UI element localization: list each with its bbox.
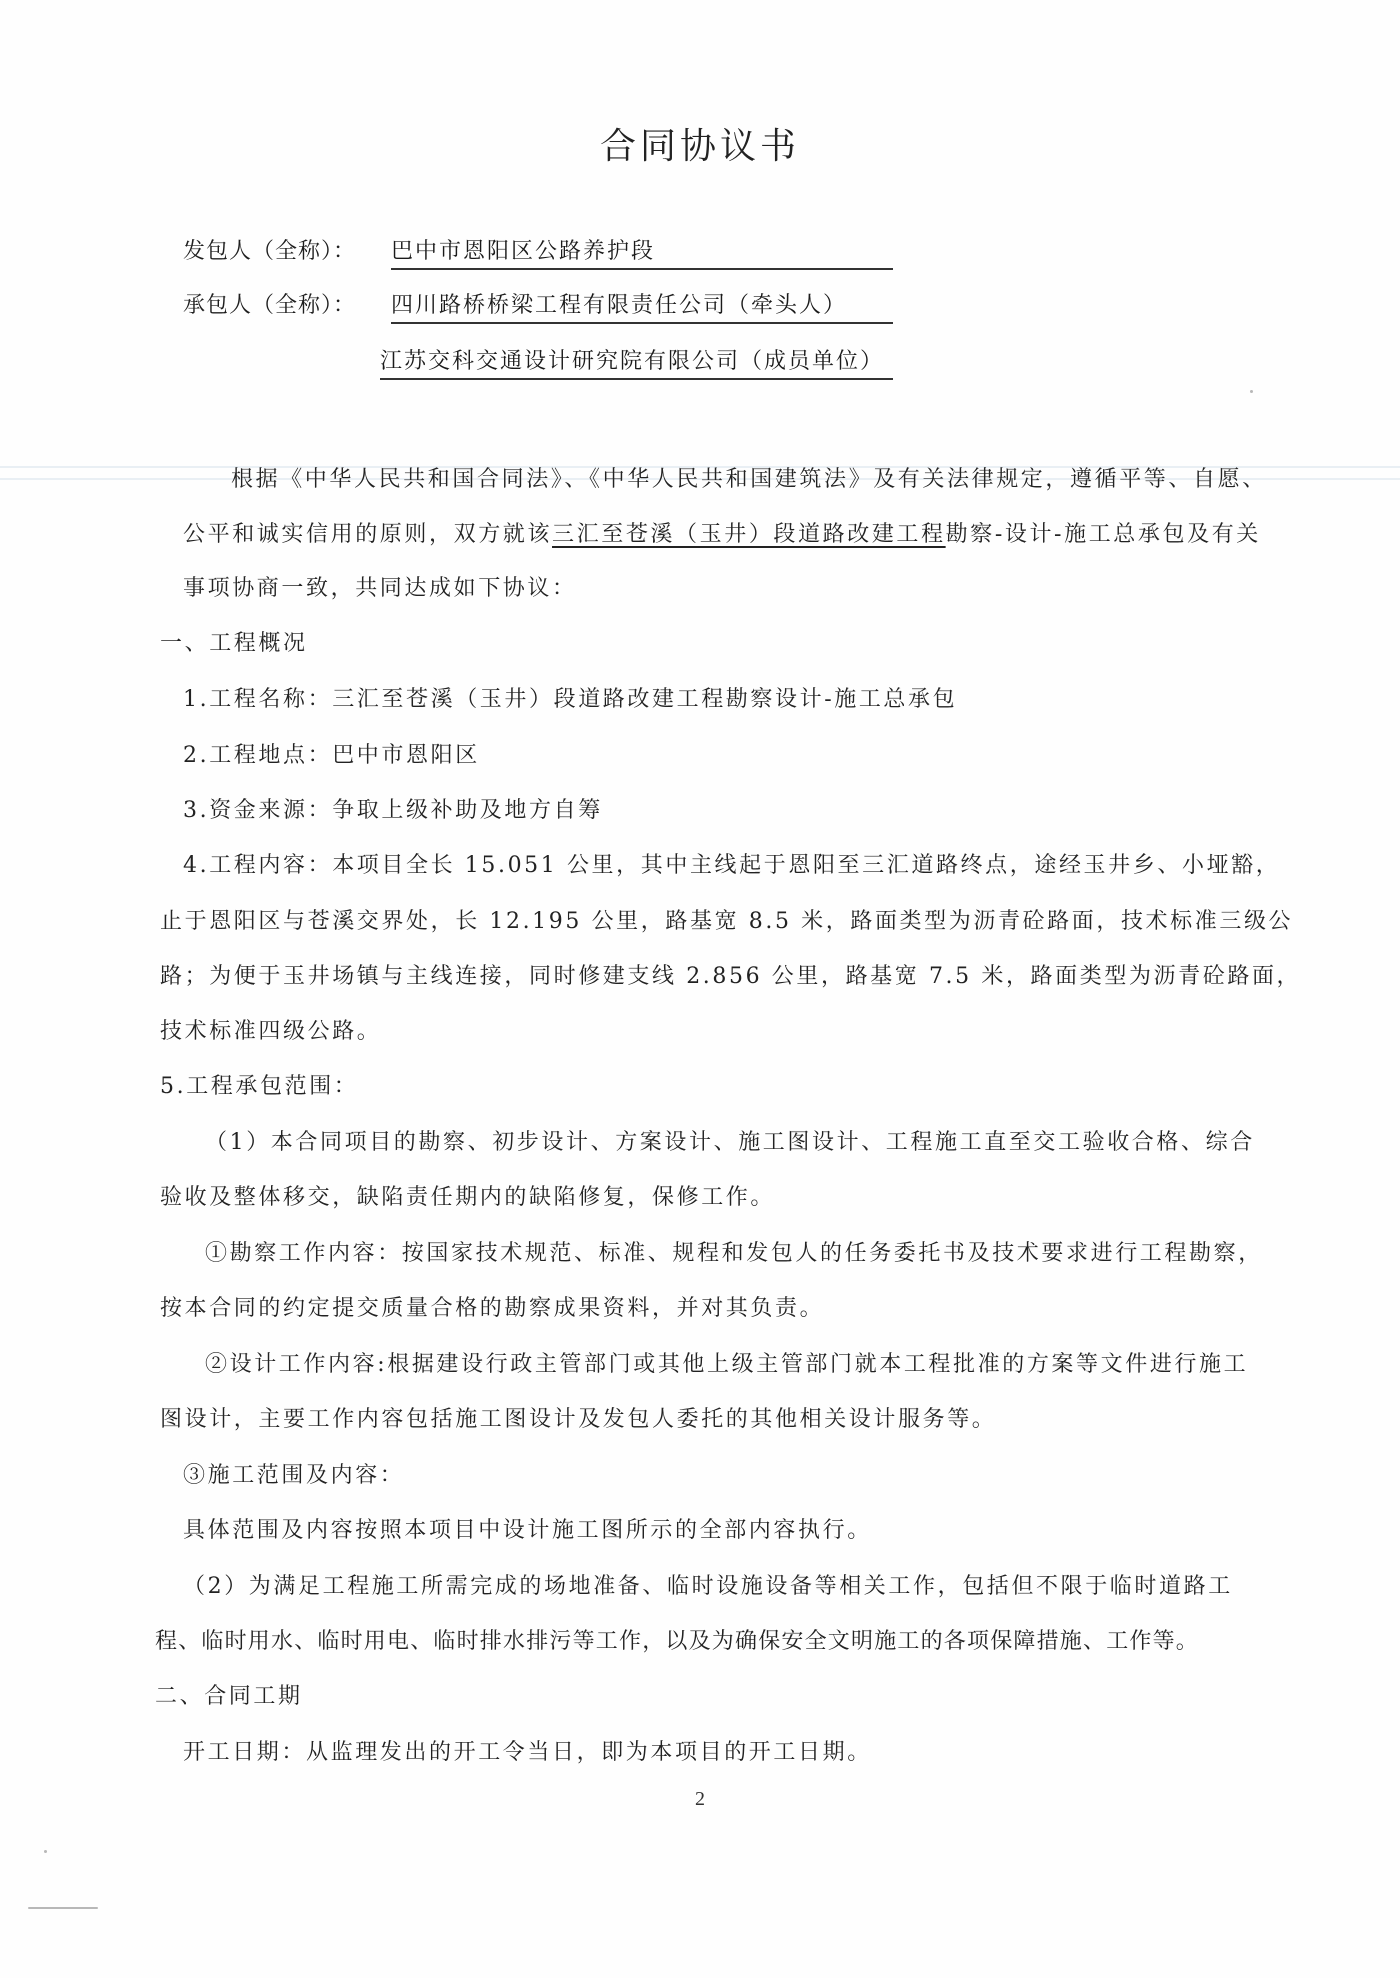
contractor-member-name: 江苏交科交通设计研究院有限公司（成员单位） (380, 346, 893, 380)
scan-speck (28, 1907, 98, 1909)
item-project-location: 2.工程地点：巴中市恩阳区 (183, 740, 480, 772)
preamble-line-2: 公平和诚实信用的原则，双方就该三汇至苍溪（玉井）段道路改建工程勘察-设计-施工总… (183, 519, 1261, 551)
item-project-content-line-3: 路；为便于玉井场镇与主线连接，同时修建支线 2.856 公里，路基宽 7.5 米… (160, 961, 1301, 993)
document-title: 合同协议书 (0, 118, 1400, 169)
preamble-text: 公平和诚实信用的原则，双方就该 (183, 522, 552, 547)
construction-scope-heading: ③施工范围及内容： (183, 1460, 404, 1492)
item-project-content-line-1: 4.工程内容：本项目全长 15.051 公里，其中主线起于恩阳至三汇道路终点，途… (183, 850, 1280, 882)
design-work-line-1: ②设计工作内容:根据建设行政主管部门或其他上级主管部门就本工程批准的方案等文件进… (205, 1349, 1248, 1381)
section-heading-overview: 一、工程概况 (160, 628, 308, 660)
preamble-line-3: 事项协商一致，共同达成如下协议： (183, 573, 577, 605)
employer-row: 发包人（全称）： 巴中市恩阳区公路养护段 (183, 236, 391, 268)
scope-sub1-line-1: （1）本合同项目的勘察、初步设计、方案设计、施工图设计、工程施工直至交工验收合格… (205, 1127, 1255, 1159)
page-number: 2 (0, 1788, 1400, 1811)
scan-speck (1182, 1243, 1185, 1246)
survey-work-line-1: ①勘察工作内容：按国家技术规范、标准、规程和发包人的任务委托书及技术要求进行工程… (205, 1238, 1263, 1270)
contractor-label: 承包人（全称）： (183, 290, 391, 322)
scope-sub2-line-2: 程、临时用水、临时用电、临时排水排污等工作，以及为确保安全文明施工的各项保障措施… (155, 1626, 1199, 1658)
item-project-content-line-2: 止于恩阳区与苍溪交界处，长 12.195 公里，路基宽 8.5 米，路面类型为沥… (160, 906, 1293, 938)
document-page: 合同协议书 发包人（全称）： 巴中市恩阳区公路养护段 承包人（全称）： 四川路桥… (0, 0, 1400, 1978)
scan-speck (44, 1850, 47, 1853)
contractor-row: 承包人（全称）： 四川路桥桥梁工程有限责任公司（牵头人） (183, 290, 391, 322)
contractor-lead-name: 四川路桥桥梁工程有限责任公司（牵头人） (391, 290, 893, 324)
preamble-line-1: 根据《中华人民共和国合同法》、《中华人民共和国建筑法》及有关法律规定，遵循平等、… (231, 464, 1267, 496)
item-project-content-line-4: 技术标准四级公路。 (160, 1016, 381, 1048)
preamble-text: 勘察-设计-施工总承包及有关 (946, 522, 1261, 547)
scope-sub2-line-1: （2）为满足工程施工所需完成的场地准备、临时设施设备等相关工作，包括但不限于临时… (183, 1571, 1233, 1603)
item-contract-scope-heading: 5.工程承包范围： (160, 1071, 358, 1103)
design-work-line-2: 图设计，主要工作内容包括施工图设计及发包人委托的其他相关设计服务等。 (160, 1404, 996, 1436)
item-funding-source: 3.资金来源：争取上级补助及地方自筹 (183, 795, 603, 827)
scan-speck (1250, 390, 1253, 393)
survey-work-line-2: 按本合同的约定提交质量合格的勘察成果资料，并对其负责。 (160, 1293, 824, 1325)
project-name-underlined: 三汇至苍溪（玉井）段道路改建工程 (552, 522, 946, 547)
construction-scope-line: 具体范围及内容按照本项目中设计施工图所示的全部内容执行。 (183, 1515, 872, 1547)
item-project-name: 1.工程名称：三汇至苍溪（玉井）段道路改建工程勘察设计-施工总承包 (183, 684, 957, 716)
start-date-clause: 开工日期：从监理发出的开工令当日，即为本项目的开工日期。 (183, 1737, 872, 1769)
employer-label: 发包人（全称）： (183, 236, 391, 268)
section-heading-contract-period: 二、合同工期 (155, 1681, 303, 1713)
employer-name: 巴中市恩阳区公路养护段 (391, 236, 893, 270)
scope-sub1-line-2: 验收及整体移交，缺陷责任期内的缺陷修复，保修工作。 (160, 1182, 775, 1214)
